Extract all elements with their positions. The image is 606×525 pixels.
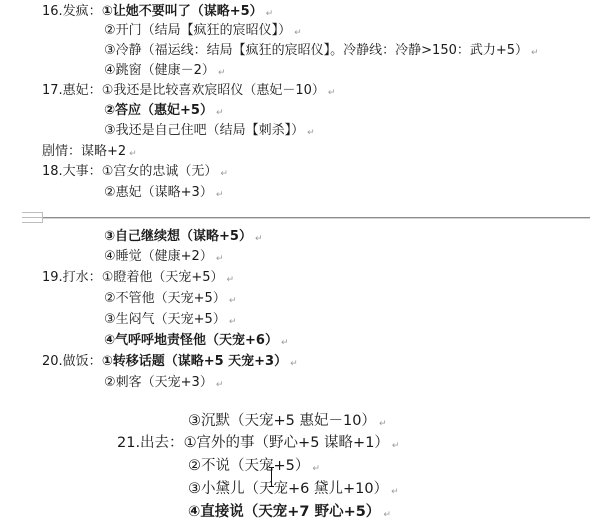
paragraph-mark-icon: ↵	[229, 296, 237, 306]
paragraph-mark-icon: ↵	[216, 108, 224, 118]
q17-label: 17.惠妃：	[42, 83, 102, 98]
q18-option-4: ④睡觉（健康+2）	[104, 249, 213, 264]
text-cursor-icon	[270, 467, 273, 487]
q20-option-2-line: ②刺客（天宠+3）↵	[104, 374, 223, 392]
q21-option-2: ②不说（天宠+5）	[188, 458, 309, 474]
paragraph-mark-icon: ↵	[227, 275, 235, 285]
q20-option-1: ①转移话题（谋略+5 天宠+3）	[102, 354, 287, 369]
paragraph-mark-icon: ↵	[255, 234, 263, 244]
q16-option-3-line: ③冷静（福运线：结局【疯狂的宸昭仪】。冷静线：冷静>150：武力+5）↵	[104, 42, 539, 60]
q18-option-2-line: ②惠妃（谋略+3）↵	[104, 184, 223, 202]
q19-line: 19.打水：①瞪着他（天宠+5）↵	[42, 269, 234, 287]
q16-label: 16.发疯：	[42, 4, 102, 19]
q20-line: 20.做饭：①转移话题（谋略+5 天宠+3）↵	[42, 353, 298, 371]
q18-option-3-line: ③自己继续想（谋略+5）↵	[104, 228, 263, 246]
paragraph-mark-icon: ↵	[216, 190, 224, 200]
q17-line: 17.惠妃：①我还是比较喜欢宸昭仪（惠妃－10）↵	[42, 82, 335, 100]
q20-label: 20.做饭：	[42, 354, 102, 369]
paragraph-mark-icon: ↵	[218, 68, 226, 78]
q17-option-1: ①我还是比较喜欢宸昭仪（惠妃－10）	[102, 83, 325, 98]
q18-option-4-line: ④睡觉（健康+2）↵	[104, 248, 223, 266]
page-break-divider	[22, 217, 590, 219]
paragraph-mark-icon: ↵	[129, 149, 137, 159]
q18-label: 18.大事：	[42, 164, 102, 179]
q19-option-3: ③生闷气（天宠+5）	[104, 312, 226, 327]
plot-text: 剧情：谋略+2	[42, 144, 126, 159]
q19-option-2: ②不管他（天宠+5）	[104, 291, 226, 306]
paragraph-mark-icon: ↵	[383, 510, 391, 520]
q18-option-3: ③自己继续想（谋略+5）	[104, 229, 252, 244]
q20-option-2: ②刺客（天宠+3）	[104, 375, 213, 390]
q19-option-2-line: ②不管他（天宠+5）↵	[104, 290, 236, 308]
paragraph-mark-icon: ↵	[216, 380, 224, 390]
q21-option-3-line: ③小黛儿（天宠+6 黛儿+10）↵	[188, 479, 399, 499]
paragraph-mark-icon: ↵	[328, 88, 336, 98]
paragraph-mark-icon: ↵	[531, 48, 539, 58]
paragraph-mark-icon: ↵	[379, 419, 387, 429]
q18-option-2: ②惠妃（谋略+3）	[104, 185, 213, 200]
q21-label: 21.出去：	[117, 435, 184, 451]
q21-option-4-line: ④直接说（天宠+7 野心+5）↵	[188, 502, 391, 522]
paragraph-mark-icon: ↵	[294, 28, 302, 38]
q17-option-3-line: ③我还是自己住吧（结局【刺杀】）↵	[104, 122, 315, 140]
q16-option-2: ②开门（结局【疯狂的宸昭仪】）	[104, 23, 291, 38]
paragraph-mark-icon: ↵	[312, 464, 320, 474]
q17-option-2: ②答应（惠妃+5）	[104, 103, 213, 118]
q21-option-3: ③小黛儿（天宠+6 黛儿+10）	[188, 481, 388, 497]
q18-option-1: ①宫女的忠诚（无）	[102, 164, 218, 179]
plot-line: 剧情：谋略+2↵	[42, 143, 137, 161]
paragraph-mark-icon: ↵	[290, 359, 298, 369]
q18-line: 18.大事：①宫女的忠诚（无）↵	[42, 163, 228, 181]
paragraph-mark-icon: ↵	[392, 441, 400, 451]
q21-option-4: ④直接说（天宠+7 野心+5）	[188, 504, 380, 520]
q21-option-2-line: ②不说（天宠+5）↵	[188, 456, 320, 476]
q17-option-2-line: ②答应（惠妃+5）↵	[104, 102, 224, 120]
q16-option-4: ④跳窗（健康－2）	[104, 63, 215, 78]
paragraph-mark-icon: ↵	[229, 317, 237, 327]
q16-option-3: ③冷静（福运线：结局【疯狂的宸昭仪】。冷静线：冷静>150：武力+5）	[104, 43, 528, 58]
q20-option-3-line: ③沉默（天宠+5 惠妃－10）↵	[188, 411, 386, 431]
paragraph-mark-icon: ↵	[391, 487, 399, 497]
q16-option-1: ①让她不要叫了（谋略+5）	[102, 4, 263, 19]
q16-option-4-line: ④跳窗（健康－2）↵	[104, 62, 225, 80]
paragraph-mark-icon: ↵	[307, 128, 315, 138]
q19-label: 19.打水：	[42, 270, 102, 285]
q16-line: 16.发疯：①让她不要叫了（谋略+5）↵	[42, 3, 273, 21]
q16-option-2-line: ②开门（结局【疯狂的宸昭仪】）↵	[104, 22, 302, 40]
page-break-marker-icon[interactable]	[22, 212, 43, 223]
q19-option-4: ④气呼呼地责怪他（天宠+6）	[104, 333, 278, 348]
q19-option-4-line: ④气呼呼地责怪他（天宠+6）↵	[104, 332, 289, 350]
paragraph-mark-icon: ↵	[220, 169, 228, 179]
q20-option-3: ③沉默（天宠+5 惠妃－10）	[188, 413, 376, 429]
q21-option-1: ①宫外的事（野心+5 谋略+1）	[184, 435, 389, 451]
paragraph-mark-icon: ↵	[266, 9, 274, 19]
q17-option-3: ③我还是自己住吧（结局【刺杀】）	[104, 123, 304, 138]
q19-option-3-line: ③生闷气（天宠+5）↵	[104, 311, 236, 329]
q19-option-1: ①瞪着他（天宠+5）	[102, 270, 224, 285]
q21-line: 21.出去：①宫外的事（野心+5 谋略+1）↵	[117, 433, 399, 453]
paragraph-mark-icon: ↵	[281, 338, 289, 348]
paragraph-mark-icon: ↵	[216, 254, 224, 264]
